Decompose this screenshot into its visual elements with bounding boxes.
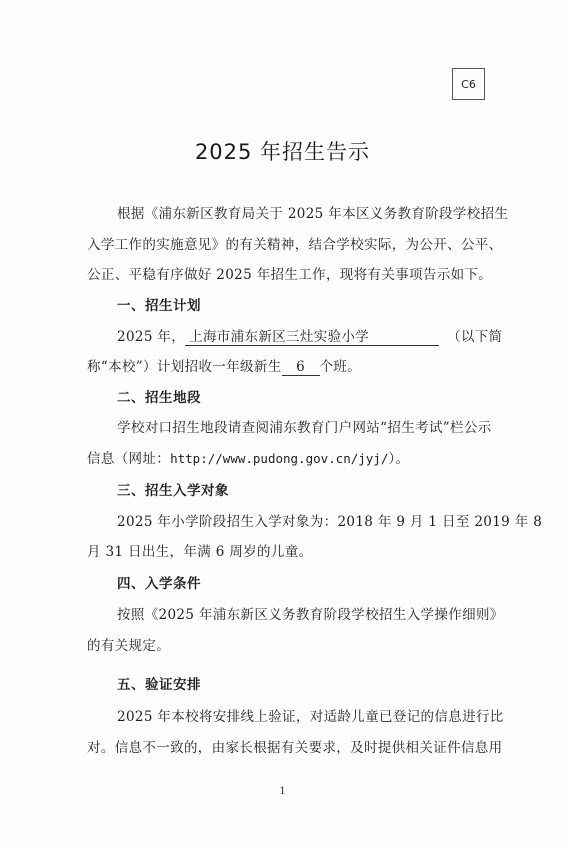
- class-count-field: 6: [282, 360, 320, 376]
- section-heading-conditions: 四、入学条件: [117, 575, 201, 593]
- section-heading-plan: 一、招生计划: [117, 297, 201, 315]
- document-code-box: C6: [452, 68, 485, 100]
- district-close-text: ）。: [388, 451, 409, 467]
- intro-line-1: 根据《浦东新区教育局关于 2025 年本区义务教育阶段学校招生: [117, 205, 517, 223]
- plan-line-2: 称“本校”）计划招收一年级新生6个班。: [87, 358, 487, 376]
- intro-line-3: 公正、平稳有序做好 2025 年招生工作，现将有关事项告示如下。: [87, 266, 487, 284]
- page-number: 1: [0, 786, 565, 797]
- plan-line-1: 2025 年，上海市浦东新区三灶实验小学（以下简: [117, 328, 517, 346]
- section-heading-district: 二、招生地段: [117, 389, 201, 407]
- plan-year-text: 2025 年，: [117, 329, 185, 345]
- section-heading-verification: 五、验证安排: [117, 676, 201, 694]
- district-line-1: 学校对口招生地段请查阅浦东教育门户网站“招生考试”栏公示: [117, 419, 517, 437]
- document-page: C6 2025 年招生告示 根据《浦东新区教育局关于 2025 年本区义务教育阶…: [0, 0, 565, 847]
- eligibility-line-2: 月 31 日出生，年满 6 周岁的儿童。: [87, 543, 487, 561]
- plan-prefix-text: 称“本校”）计划招收一年级新生: [87, 359, 282, 375]
- district-line-2: 信息（网址：http://www.pudong.gov.cn/jyj/）。: [87, 450, 487, 468]
- verification-line-2: 对。信息不一致的，由家长根据有关要求，及时提供相关证件信息用: [87, 739, 487, 757]
- verification-line-1: 2025 年本校将安排线上验证，对适龄儿童已登记的信息进行比: [117, 708, 517, 726]
- plan-classes-text: 个班。: [320, 359, 362, 375]
- conditions-line-1: 按照《2025 年浦东新区义务教育阶段学校招生入学操作细则》: [117, 606, 517, 624]
- plan-suffix-text: （以下简: [447, 329, 502, 345]
- eligibility-line-1: 2025 年小学阶段招生入学对象为：2018 年 9 月 1 日至 2019 年…: [117, 513, 517, 531]
- intro-line-2: 入学工作的实施意见》的有关精神，结合学校实际，为公开、公平、: [87, 236, 487, 254]
- section-heading-eligibility: 三、招生入学对象: [117, 482, 229, 500]
- district-info-text: 信息（网址：: [87, 451, 170, 467]
- website-url-link[interactable]: http://www.pudong.gov.cn/jyj/: [170, 451, 388, 466]
- school-name-field: 上海市浦东新区三灶实验小学: [185, 330, 439, 346]
- conditions-line-2: 的有关规定。: [87, 637, 487, 655]
- page-title: 2025 年招生告示: [0, 136, 565, 166]
